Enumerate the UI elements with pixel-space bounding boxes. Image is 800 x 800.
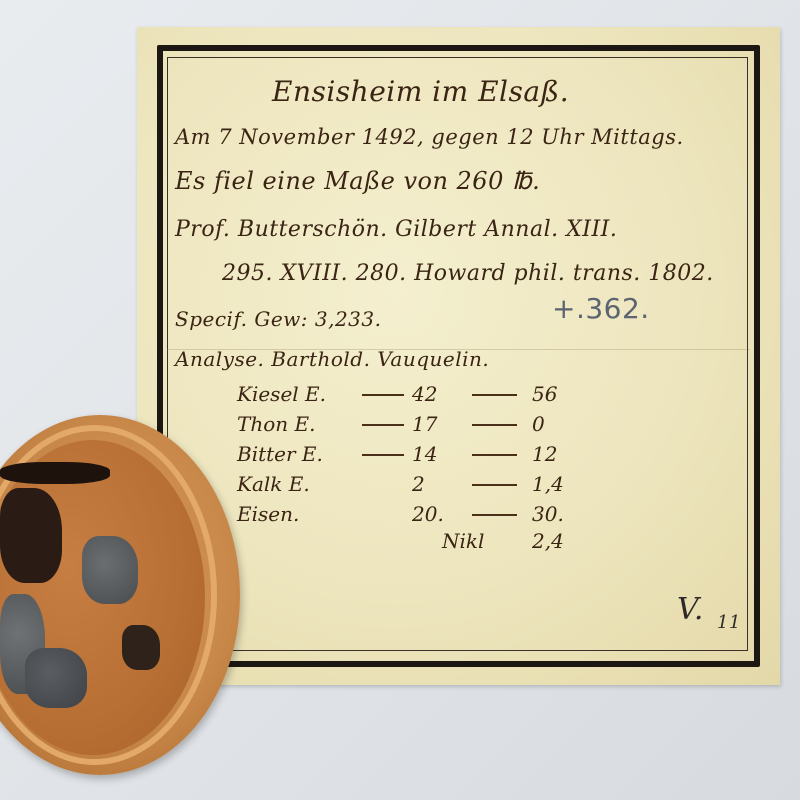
dash — [472, 454, 517, 456]
label-line-reference-1: Prof. Butterschön. Gilbert Annal. XIII. — [175, 217, 617, 242]
dash — [362, 424, 404, 426]
dash — [472, 424, 517, 426]
label-line-reference-2: 295. XVIII. 280. Howard phil. trans. 180… — [222, 261, 714, 286]
signature-initial: V. — [677, 592, 704, 627]
dash — [362, 394, 404, 396]
meteorite-fragment-dark — [122, 625, 160, 670]
meteorite-fragment-dark — [0, 488, 62, 583]
signature-suffix: 11 — [717, 612, 741, 633]
dash — [362, 454, 404, 456]
meteorite-fragment-gray — [25, 648, 87, 708]
catalog-number: +.362. — [552, 292, 650, 325]
meteorite-fragment-gray — [82, 536, 138, 604]
label-line-mass: Es fiel eine Maße von 260 ℔. — [175, 167, 540, 195]
meteorite-dust — [0, 462, 110, 484]
dash — [472, 514, 517, 516]
dash — [472, 484, 517, 486]
dash — [472, 394, 517, 396]
label-line-analysis-heading: Analyse. Barthold. Vauquelin. — [175, 347, 489, 371]
label-title: Ensisheim im Elsaß. — [272, 75, 569, 108]
label-line-specific-gravity: Specif. Gew: 3,233. — [175, 307, 381, 331]
label-line-date: Am 7 November 1492, gegen 12 Uhr Mittags… — [175, 125, 684, 149]
